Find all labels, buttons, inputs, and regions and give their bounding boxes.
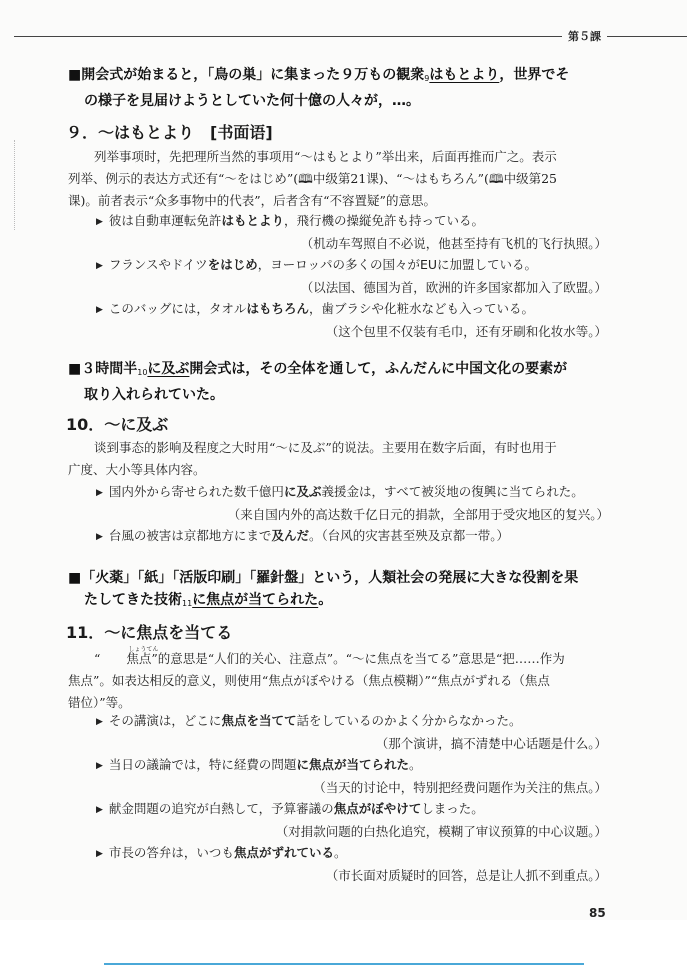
example-text: 。（台风的灾害甚至殃及京都一带。） (309, 528, 509, 543)
bullet-icon: ▶ (96, 761, 103, 771)
lesson-label: 第５課 (562, 28, 607, 44)
example-text: 献金問題の追究が白熱して，予算審議の (109, 801, 334, 816)
example-translation: （市长面对质疑时的回答，总是让人抓不到重点。） (0, 865, 687, 886)
explanation-11: “しょうてん焦点”的意思是“人们的关心、注意点”。“～に焦点を当てる”意思是“把… (0, 648, 608, 714)
furigana: しょうてん (102, 639, 158, 661)
target-expression: に及ぶ (284, 484, 322, 499)
explanation-line: 列举、例示的表达方式还有“～をはじめ”(🕮中级第21课)、“～はもちろん”(🕮中… (68, 168, 608, 190)
example-translation: （来自国内外的高达数千亿日元的捐款，全部用于受灾地区的复兴。） (0, 504, 687, 525)
example-translation: （那个演讲，搞不清楚中心话题是什么。） (0, 733, 687, 754)
example-translation: （这个包里不仅装有毛巾，还有牙刷和化妆水等。） (0, 321, 687, 342)
example-text: 。 (334, 845, 347, 860)
sentence-text: の様子を見届けようとしていた何十億の人々が，…。 (68, 90, 687, 112)
example-item: ▶その講演は，どこに焦点を当てて話をしているのかよく分からなかった。 (0, 710, 687, 733)
bullet-icon: ▶ (96, 717, 103, 727)
target-expression: に及ぶ (147, 361, 189, 377)
note-number: 11 (182, 599, 192, 608)
explanation-line: 谈到事态的影响及程度之大时用“～に及ぶ”的说法。主要用在数字后面，有时也用于 (68, 437, 608, 459)
target-expression: 焦点を当てて (221, 713, 296, 728)
example-text: 彼は自動車運転免許 (109, 213, 222, 228)
sentence-text: ■３時間半 (68, 361, 137, 377)
example-text: 当日の議論では，特に経費の問題 (109, 757, 297, 772)
example-text: フランスやドイツ (109, 257, 208, 272)
example-text: 国内外から寄せられた数千億円 (109, 484, 284, 499)
sentence-text: 取り入れられていた。 (68, 384, 687, 406)
example-item: ▶彼は自動車運転免許はもとより，飛行機の操縦免許も持っている。 (0, 210, 687, 233)
examples-10: ▶国内外から寄せられた数千億円に及ぶ義援金は，すべて被災地の復興に当てられた。 … (0, 481, 687, 548)
sentence-text: たしてきた技術 (84, 592, 182, 608)
example-sentence-1: ■開会式が始まると，「鳥の巣」に集まった９万もの観衆9はもとより，世界でそ の様… (0, 64, 687, 112)
explanation-10: 谈到事态的影响及程度之大时用“～に及ぶ”的说法。主要用在数字后面，有时也用于 广… (0, 437, 608, 481)
example-text: このバッグには，タオル (109, 301, 247, 316)
example-text: 。 (409, 757, 422, 772)
target-expression: をはじめ (208, 257, 258, 272)
example-text: 義援金は，すべて被災地の復興に当てられた。 (321, 484, 583, 499)
explanation-line: 焦点”。如表达相反的意义，则使用“焦点がぼやける（焦点模糊）”“焦点がずれる（焦… (68, 670, 608, 692)
example-text: しまった。 (421, 801, 484, 816)
example-translation: （机动车驾照自不必说，他甚至持有飞机的飞行执照。） (0, 233, 687, 254)
explanation-9: 列举事项时，先把理所当然的事项用“～はもとより”举出来，后面再推而广之。表示 列… (0, 146, 608, 212)
bullet-icon: ▶ (96, 805, 103, 815)
example-translation: （当天的讨论中，特别把经费问题作为关注的焦点。） (0, 777, 687, 798)
example-sentence-2: ■３時間半10に及ぶ開会式は，その全体を通して，ふんだんに中国文化の要素が 取り… (0, 358, 687, 406)
bullet-icon: ▶ (96, 532, 103, 542)
example-item: ▶フランスやドイツをはじめ，ヨーロッパの多くの国々がEUに加盟している。 (0, 254, 687, 277)
examples-11: ▶その講演は，どこに焦点を当てて話をしているのかよく分からなかった。 （那个演讲… (0, 710, 687, 886)
target-expression: に焦点が当てられた (192, 592, 318, 608)
bottom-rule (104, 963, 584, 965)
grammar-heading-10: 10．～に及ぶ (0, 414, 687, 436)
sentence-text: ■「火薬」「紙」「活版印刷」「羅針盤」という，人類社会の発展に大きな役割を果 (68, 570, 578, 586)
sentence-text: 開会式は，その全体を通して，ふんだんに中国文化の要素が (189, 361, 567, 377)
sentence-text: 。 (318, 592, 332, 608)
bullet-icon: ▶ (96, 305, 103, 315)
bullet-icon: ▶ (96, 849, 103, 859)
target-expression: 及んだ (271, 528, 309, 543)
explanation-line: ”的意思是“人们的关心、注意点”。“～に焦点を当てる”意思是“把……作为 (151, 651, 564, 666)
example-text: ，歯ブラシや化粧水なども入っている。 (309, 301, 534, 316)
example-text: 話をしているのかよく分からなかった。 (296, 713, 521, 728)
example-text: 市長の答弁は，いつも (109, 845, 234, 860)
example-text: ，ヨーロッパの多くの国々がEUに加盟している。 (258, 257, 537, 272)
explanation-line: 课)。前者表示“众多事物中的代表”，后者含有“不容置疑”的意思。 (68, 190, 608, 212)
target-expression: 焦点がずれている (234, 845, 334, 860)
target-expression: はもちろん (246, 301, 309, 316)
sentence-text: ，世界でそ (499, 67, 569, 83)
explanation-line: 列举事项时，先把理所当然的事项用“～はもとより”举出来，后面再推而广之。表示 (68, 146, 608, 168)
example-translation: （以法国、德国为首，欧洲的许多国家都加入了欧盟。） (0, 277, 687, 298)
note-number: 10 (137, 368, 147, 377)
target-expression: はもとより (221, 213, 284, 228)
example-text: 台風の被害は京都地方にまで (109, 528, 272, 543)
target-expression: に焦点が当てられた (296, 757, 409, 772)
bullet-icon: ▶ (96, 217, 103, 227)
target-expression: はもとより (429, 67, 499, 83)
target-expression: 焦点がぼやけて (334, 801, 422, 816)
document-page: 第５課 ■開会式が始まると，「鳥の巣」に集まった９万もの観衆9はもとより，世界で… (0, 0, 687, 920)
example-text: ，飛行機の操縦免許も持っている。 (284, 213, 484, 228)
example-sentence-3: ■「火薬」「紙」「活版印刷」「羅針盤」という，人類社会の発展に大きな役割を果 た… (0, 567, 687, 615)
page-number: 85 (589, 906, 606, 920)
ruby-word: しょうてん焦点 (100, 648, 151, 670)
example-item: ▶このバッグには，タオルはもちろん，歯ブラシや化粧水なども入っている。 (0, 298, 687, 321)
example-translation: （对捐款问题的白热化追究，模糊了审议预算的中心议题。） (0, 821, 687, 842)
example-item: ▶台風の被害は京都地方にまで及んだ。（台风的灾害甚至殃及京都一带。） (0, 525, 687, 548)
example-item: ▶市長の答弁は，いつも焦点がずれている。 (0, 842, 687, 865)
examples-9: ▶彼は自動車運転免許はもとより，飛行機の操縦免許も持っている。 （机动车驾照自不… (0, 210, 687, 342)
example-item: ▶当日の議論では，特に経費の問題に焦点が当てられた。 (0, 754, 687, 777)
example-item: ▶献金問題の追究が白熱して，予算審議の焦点がぼやけてしまった。 (0, 798, 687, 821)
sentence-text: ■開会式が始まると，「鳥の巣」に集まった９万もの観衆 (68, 67, 424, 83)
example-text: その講演は，どこに (109, 713, 222, 728)
bullet-icon: ▶ (96, 261, 103, 271)
bullet-icon: ▶ (96, 488, 103, 498)
grammar-heading-9: ９．～はもとより [书面语] (0, 122, 687, 144)
explanation-line: 广度、大小等具体内容。 (68, 459, 608, 481)
example-item: ▶国内外から寄せられた数千億円に及ぶ義援金は，すべて被災地の復興に当てられた。 (0, 481, 687, 504)
